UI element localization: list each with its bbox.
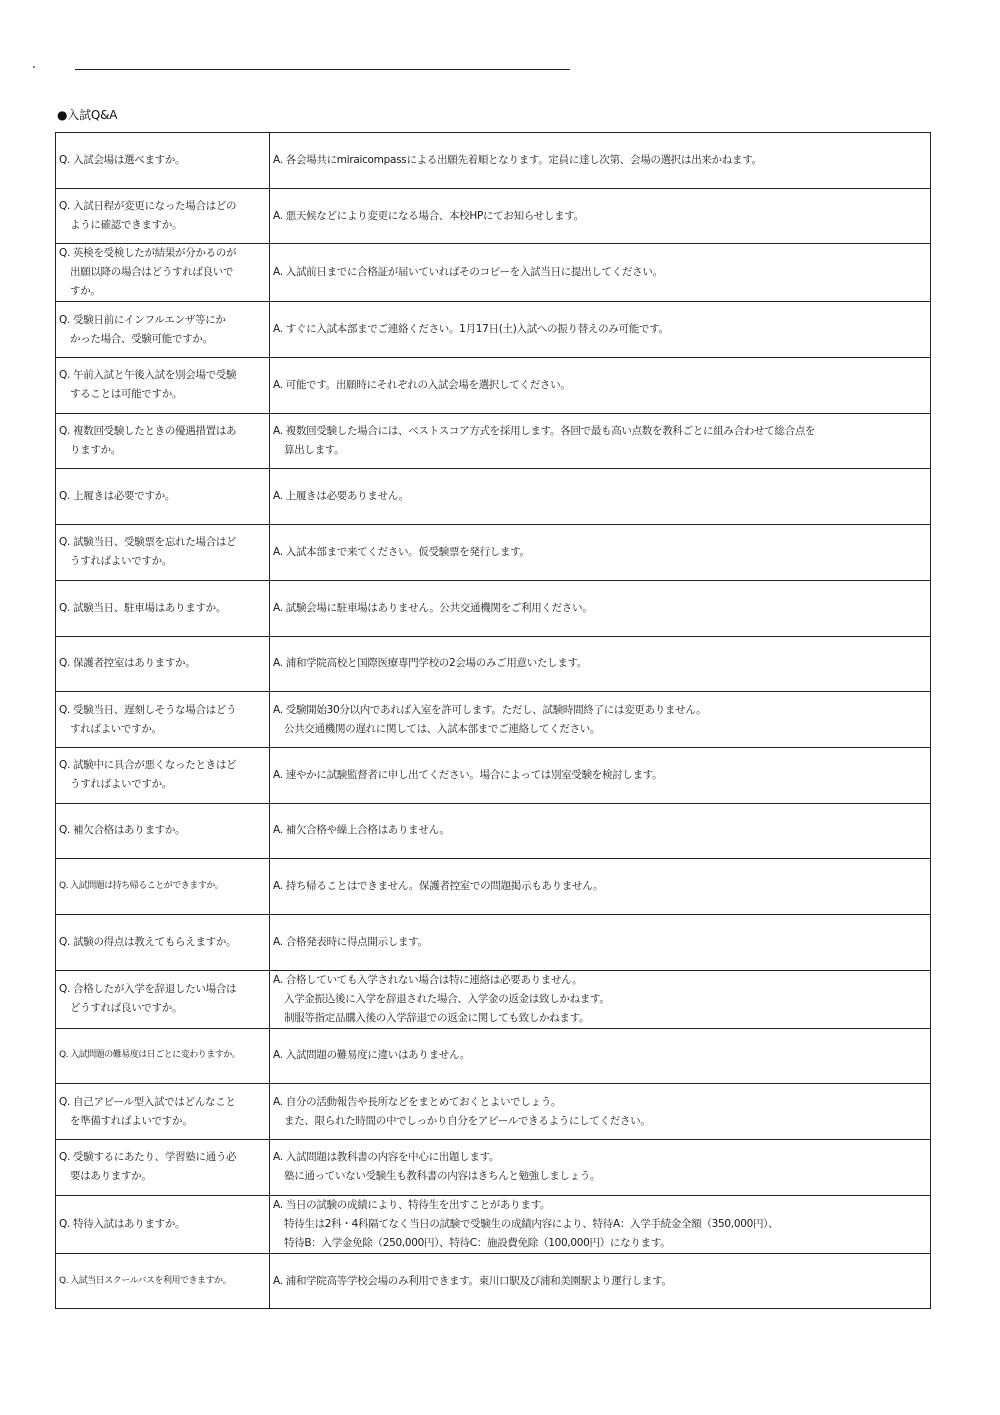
answer-text: A. 受験開始30分以内であれば入室を許可します。ただし、試験時間終了には変更あ… [273,701,930,720]
answer-text: A. 各会場共にmiraicompassによる出願先着順となります。定員に達し次… [273,151,930,170]
question-cell: Q. 受験するにあたり、学習塾に通う必要はありますか。 [56,1140,270,1196]
answer-cell: A. 当日の試験の成績により、特待生を出すことがあります。特待生は2科・4科隔て… [270,1195,931,1253]
answer-text: A. 補欠合格や繰上合格はありません。 [273,821,930,840]
answer-text: A. 当日の試験の成績により、特待生を出すことがあります。 [273,1196,930,1215]
question-text: を準備すればよいですか。 [59,1112,269,1131]
qa-row: Q. 入試日程が変更になった場合はどのように確認できますか。A. 悪天候などによ… [56,188,931,244]
qa-row: Q. 試験中に具合が悪くなったときはどうすればよいですか。A. 速やかに試験監督… [56,747,931,803]
answer-cell: A. 合格していても入学されない場合は特に連絡は必要ありません。入学金振込後に入… [270,970,931,1028]
question-text: Q. 入試会場は選べますか。 [59,151,269,170]
answer-text: A. 合格していても入学されない場合は特に連絡は必要ありません。 [273,971,930,990]
qa-row: Q. 入試問題の難易度は日ごとに変わりますか。A. 入試問題の難易度に違いはあり… [56,1028,931,1084]
qa-row: Q. 受験日前にインフルエンザ等にかかった場合、受験可能ですか。A. すぐに入試… [56,302,931,358]
answer-text: A. 可能です。出願時にそれぞれの入試会場を選択してください。 [273,376,930,395]
question-text: Q. 英検を受検したが結果が分かるのが [59,244,269,263]
question-text: うすればよいですか。 [59,775,269,794]
section-title: ●入試Q&A [57,107,117,123]
question-cell: Q. 入試会場は選べますか。 [56,133,270,189]
question-cell: Q. 特待入試はありますか。 [56,1195,270,1253]
question-text: Q. 受験日前にインフルエンザ等にか [59,311,269,330]
answer-cell: A. 受験開始30分以内であれば入室を許可します。ただし、試験時間終了には変更あ… [270,692,931,748]
answer-cell: A. 入試本部まで来てください。仮受験票を発行します。 [270,525,931,581]
qa-row: Q. 保護者控室はありますか。A. 浦和学院高校と国際医療専門学校の2会場のみご… [56,636,931,692]
answer-cell: A. 各会場共にmiraicompassによる出願先着順となります。定員に達し次… [270,133,931,189]
question-cell: Q. 試験当日、駐車場はありますか。 [56,580,270,636]
answer-cell: A. 補欠合格や繰上合格はありません。 [270,803,931,859]
answer-cell: A. 入試問題の難易度に違いはありません。 [270,1028,931,1084]
question-text: Q. 複数回受験したときの優遇措置はあ [59,422,269,441]
question-cell: Q. 入試問題は持ち帰ることができますか。 [56,859,270,915]
answer-text: A. 浦和学院高等学校会場のみ利用できます。東川口駅及び浦和美園駅より運行します… [273,1272,930,1291]
qa-row: Q. 自己アピール型入試ではどんなことを準備すればよいですか。A. 自分の活動報… [56,1084,931,1140]
question-cell: Q. 午前入試と午後入試を別会場で受験することは可能ですか。 [56,358,270,414]
question-text: Q. 試験中に具合が悪くなったときはど [59,756,269,775]
answer-text: A. 入試問題は教科書の内容を中心に出題します。 [273,1148,930,1167]
answer-text: また、限られた時間の中でしっかり自分をアピールできるようにしてください。 [273,1112,930,1131]
answer-cell: A. 悪天候などにより変更になる場合、本校HPにてお知らせします。 [270,188,931,244]
question-cell: Q. 入試当日スクールバスを利用できますか。 [56,1253,270,1309]
question-cell: Q. 試験の得点は教えてもらえますか。 [56,914,270,970]
answer-text: A. 入試前日までに合格証が届いていればそのコピーを入試当日に提出してください。 [273,263,930,282]
question-cell: Q. 補欠合格はありますか。 [56,803,270,859]
qa-row: Q. 上履きは必要ですか。A. 上履きは必要ありません。 [56,469,931,525]
question-text: 要はありますか。 [59,1167,269,1186]
answer-text: A. 入試問題の難易度に違いはありません。 [273,1046,930,1065]
question-cell: Q. 上履きは必要ですか。 [56,469,270,525]
scan-speck [33,66,35,68]
qa-row: Q. 特待入試はありますか。A. 当日の試験の成績により、特待生を出すことがあり… [56,1195,931,1253]
qa-row: Q. 試験当日、駐車場はありますか。A. 試験会場に駐車場はありません。公共交通… [56,580,931,636]
answer-cell: A. 複数回受験した場合には、ベストスコア方式を採用します。各回で最も高い点数を… [270,413,931,469]
answer-cell: A. 浦和学院高等学校会場のみ利用できます。東川口駅及び浦和美園駅より運行します… [270,1253,931,1309]
answer-cell: A. 浦和学院高校と国際医療専門学校の2会場のみご用意いたします。 [270,636,931,692]
answer-cell: A. すぐに入試本部までご連絡ください。1月17日(土)入試への振り替えのみ可能… [270,302,931,358]
answer-cell: A. 入試前日までに合格証が届いていればそのコピーを入試当日に提出してください。 [270,244,931,302]
answer-text: A. 悪天候などにより変更になる場合、本校HPにてお知らせします。 [273,207,930,226]
question-text: Q. 入試問題の難易度は日ごとに変わりますか。 [59,1046,269,1065]
qa-row: Q. 試験の得点は教えてもらえますか。A. 合格発表時に得点開示します。 [56,914,931,970]
question-text: Q. 受験するにあたり、学習塾に通う必 [59,1148,269,1167]
question-text: Q. 試験当日、受験票を忘れた場合はど [59,533,269,552]
question-text: Q. 試験の得点は教えてもらえますか。 [59,933,269,952]
answer-text: A. 合格発表時に得点開示します。 [273,933,930,952]
question-text: Q. 自己アピール型入試ではどんなこと [59,1093,269,1112]
answer-text: A. 試験会場に駐車場はありません。公共交通機関をご利用ください。 [273,599,930,618]
qa-row: Q. 補欠合格はありますか。A. 補欠合格や繰上合格はありません。 [56,803,931,859]
question-text: Q. 午前入試と午後入試を別会場で受験 [59,366,269,385]
question-text: Q. 入試問題は持ち帰ることができますか。 [59,877,269,896]
question-text: 出願以降の場合はどうすれば良いで [59,263,269,282]
qa-row: Q. 受験するにあたり、学習塾に通う必要はありますか。A. 入試問題は教科書の内… [56,1140,931,1196]
question-text: Q. 入試当日スクールバスを利用できますか。 [59,1272,269,1291]
question-text: りますか。 [59,441,269,460]
question-text: すればよいですか。 [59,720,269,739]
question-text: Q. 上履きは必要ですか。 [59,487,269,506]
answer-cell: A. 入試問題は教科書の内容を中心に出題します。塾に通っていない受験生も教科書の… [270,1140,931,1196]
answer-cell: A. 自分の活動報告や長所などをまとめておくとよいでしょう。また、限られた時間の… [270,1084,931,1140]
question-cell: Q. 試験当日、受験票を忘れた場合はどうすればよいですか。 [56,525,270,581]
qa-row: Q. 英検を受検したが結果が分かるのが出願以降の場合はどうすれば良いですか。A.… [56,244,931,302]
answer-text: A. 浦和学院高校と国際医療専門学校の2会場のみご用意いたします。 [273,654,930,673]
answer-text: A. 複数回受験した場合には、ベストスコア方式を採用します。各回で最も高い点数を… [273,422,930,441]
answer-text: 公共交通機関の遅れに関しては、入試本部までご連絡してください。 [273,720,930,739]
qa-row: Q. 試験当日、受験票を忘れた場合はどうすればよいですか。A. 入試本部まで来て… [56,525,931,581]
question-cell: Q. 複数回受験したときの優遇措置はありますか。 [56,413,270,469]
header-rule [75,69,570,70]
question-cell: Q. 自己アピール型入試ではどんなことを準備すればよいですか。 [56,1084,270,1140]
question-cell: Q. 受験日前にインフルエンザ等にかかった場合、受験可能ですか。 [56,302,270,358]
answer-cell: A. 持ち帰ることはできません。保護者控室での問題掲示もありません。 [270,859,931,915]
question-cell: Q. 入試日程が変更になった場合はどのように確認できますか。 [56,188,270,244]
question-text: Q. 入試日程が変更になった場合はどの [59,197,269,216]
qa-row: Q. 受験当日、遅刻しそうな場合はどうすればよいですか。A. 受験開始30分以内… [56,692,931,748]
question-text: どうすれば良いですか。 [59,999,269,1018]
answer-text: 制服等指定品購入後の入学辞退での返金に関しても致しかねます。 [273,1009,930,1028]
question-cell: Q. 保護者控室はありますか。 [56,636,270,692]
answer-text: A. 速やかに試験監督者に申し出てください。場合によっては別室受験を検討します。 [273,766,930,785]
question-cell: Q. 試験中に具合が悪くなったときはどうすればよいですか。 [56,747,270,803]
answer-text: 算出します。 [273,441,930,460]
question-text: することは可能ですか。 [59,385,269,404]
answer-text: A. 持ち帰ることはできません。保護者控室での問題掲示もありません。 [273,877,930,896]
qa-row: Q. 午前入試と午後入試を別会場で受験することは可能ですか。A. 可能です。出願… [56,358,931,414]
answer-cell: A. 上履きは必要ありません。 [270,469,931,525]
question-cell: Q. 入試問題の難易度は日ごとに変わりますか。 [56,1028,270,1084]
qa-table: Q. 入試会場は選べますか。A. 各会場共にmiraicompassによる出願先… [55,132,931,1309]
answer-cell: A. 速やかに試験監督者に申し出てください。場合によっては別室受験を検討します。 [270,747,931,803]
answer-text: 塾に通っていない受験生も教科書の内容はきちんと勉強しましょう。 [273,1167,930,1186]
answer-text: 特待B：入学金免除（250,000円）、特待C：施設費免除（100,000円）に… [273,1234,930,1253]
answer-text: A. 自分の活動報告や長所などをまとめておくとよいでしょう。 [273,1093,930,1112]
answer-cell: A. 試験会場に駐車場はありません。公共交通機関をご利用ください。 [270,580,931,636]
answer-text: A. すぐに入試本部までご連絡ください。1月17日(土)入試への振り替えのみ可能… [273,320,930,339]
answer-cell: A. 可能です。出願時にそれぞれの入試会場を選択してください。 [270,358,931,414]
question-text: Q. 合格したが入学を辞退したい場合は [59,980,269,999]
qa-row: Q. 入試会場は選べますか。A. 各会場共にmiraicompassによる出願先… [56,133,931,189]
question-text: Q. 受験当日、遅刻しそうな場合はどう [59,701,269,720]
answer-text: 入学金振込後に入学を辞退された場合、入学金の返金は致しかねます。 [273,990,930,1009]
question-text: Q. 試験当日、駐車場はありますか。 [59,599,269,618]
question-text: かった場合、受験可能ですか。 [59,330,269,349]
question-cell: Q. 英検を受検したが結果が分かるのが出願以降の場合はどうすれば良いですか。 [56,244,270,302]
question-text: すか。 [59,282,269,301]
question-text: Q. 補欠合格はありますか。 [59,821,269,840]
answer-text: A. 上履きは必要ありません。 [273,487,930,506]
question-text: うすればよいですか。 [59,552,269,571]
question-text: Q. 保護者控室はありますか。 [59,654,269,673]
qa-row: Q. 複数回受験したときの優遇措置はありますか。A. 複数回受験した場合には、ベ… [56,413,931,469]
answer-cell: A. 合格発表時に得点開示します。 [270,914,931,970]
answer-text: A. 入試本部まで来てください。仮受験票を発行します。 [273,543,930,562]
question-cell: Q. 受験当日、遅刻しそうな場合はどうすればよいですか。 [56,692,270,748]
qa-row: Q. 入試当日スクールバスを利用できますか。A. 浦和学院高等学校会場のみ利用で… [56,1253,931,1309]
question-cell: Q. 合格したが入学を辞退したい場合はどうすれば良いですか。 [56,970,270,1028]
answer-text: 特待生は2科・4科隔てなく当日の試験で受験生の成績内容により、特待A：入学手続金… [273,1215,930,1234]
qa-row: Q. 入試問題は持ち帰ることができますか。A. 持ち帰ることはできません。保護者… [56,859,931,915]
qa-row: Q. 合格したが入学を辞退したい場合はどうすれば良いですか。A. 合格していても… [56,970,931,1028]
question-text: ように確認できますか。 [59,216,269,235]
question-text: Q. 特待入試はありますか。 [59,1215,269,1234]
